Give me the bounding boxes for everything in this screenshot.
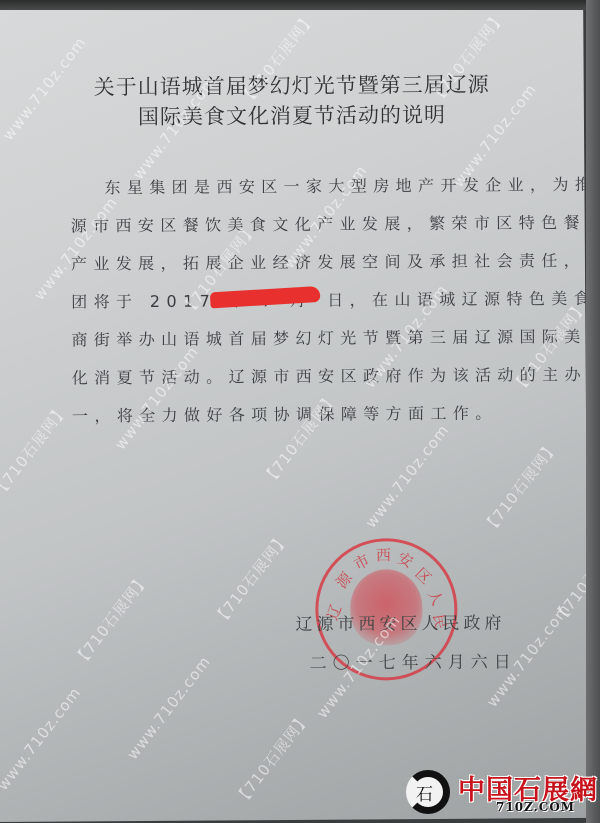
document-paper: 关于山语城首届梦幻灯光节暨第三届辽源 国际美食文化消夏节活动的说明 东星集团是西… xyxy=(0,6,589,822)
seal-text-char: 安 xyxy=(394,547,416,572)
logo-glyph: 石 xyxy=(416,780,433,805)
seal-text-char: 西 xyxy=(376,544,391,565)
watermark: 【710石展网】 xyxy=(230,708,315,809)
seal-text-char: 市 xyxy=(350,549,373,575)
site-logo: 石 中国石展網 710Z.COM xyxy=(402,764,598,820)
body-line: 商街举办山语城首届梦幻灯光节暨第三届辽源国际美食文 xyxy=(71,318,588,360)
watermark: 【710石展网】 xyxy=(209,528,294,629)
photo-top-edge xyxy=(0,0,600,10)
watermark: 【710石展网】 xyxy=(549,526,589,627)
signature-date: 二〇一七年六月六日 xyxy=(310,647,517,673)
watermark: www.710z.com xyxy=(123,653,214,763)
photo-right-edge xyxy=(586,0,600,823)
watermark: www.710z.com xyxy=(0,684,84,794)
watermark: www.710z.com xyxy=(362,421,453,531)
document-title-line-1: 关于山语城首届梦幻灯光节暨第三届辽源 xyxy=(0,68,589,102)
watermark: 【710石展网】 xyxy=(478,436,563,537)
seal-text-char: 源 xyxy=(331,568,357,593)
watermark: 【710石展网】 xyxy=(0,400,72,501)
seal-text-char: 人 xyxy=(423,586,448,609)
logo-url: 710Z.COM xyxy=(496,800,575,814)
watermark: 【710石展网】 xyxy=(69,569,154,670)
body-line: 产业发展，拓展企业经济发展空间及承担社会责任，东星集 xyxy=(71,241,589,283)
body-line: 日，在山语城辽源特色美食 xyxy=(327,280,589,320)
